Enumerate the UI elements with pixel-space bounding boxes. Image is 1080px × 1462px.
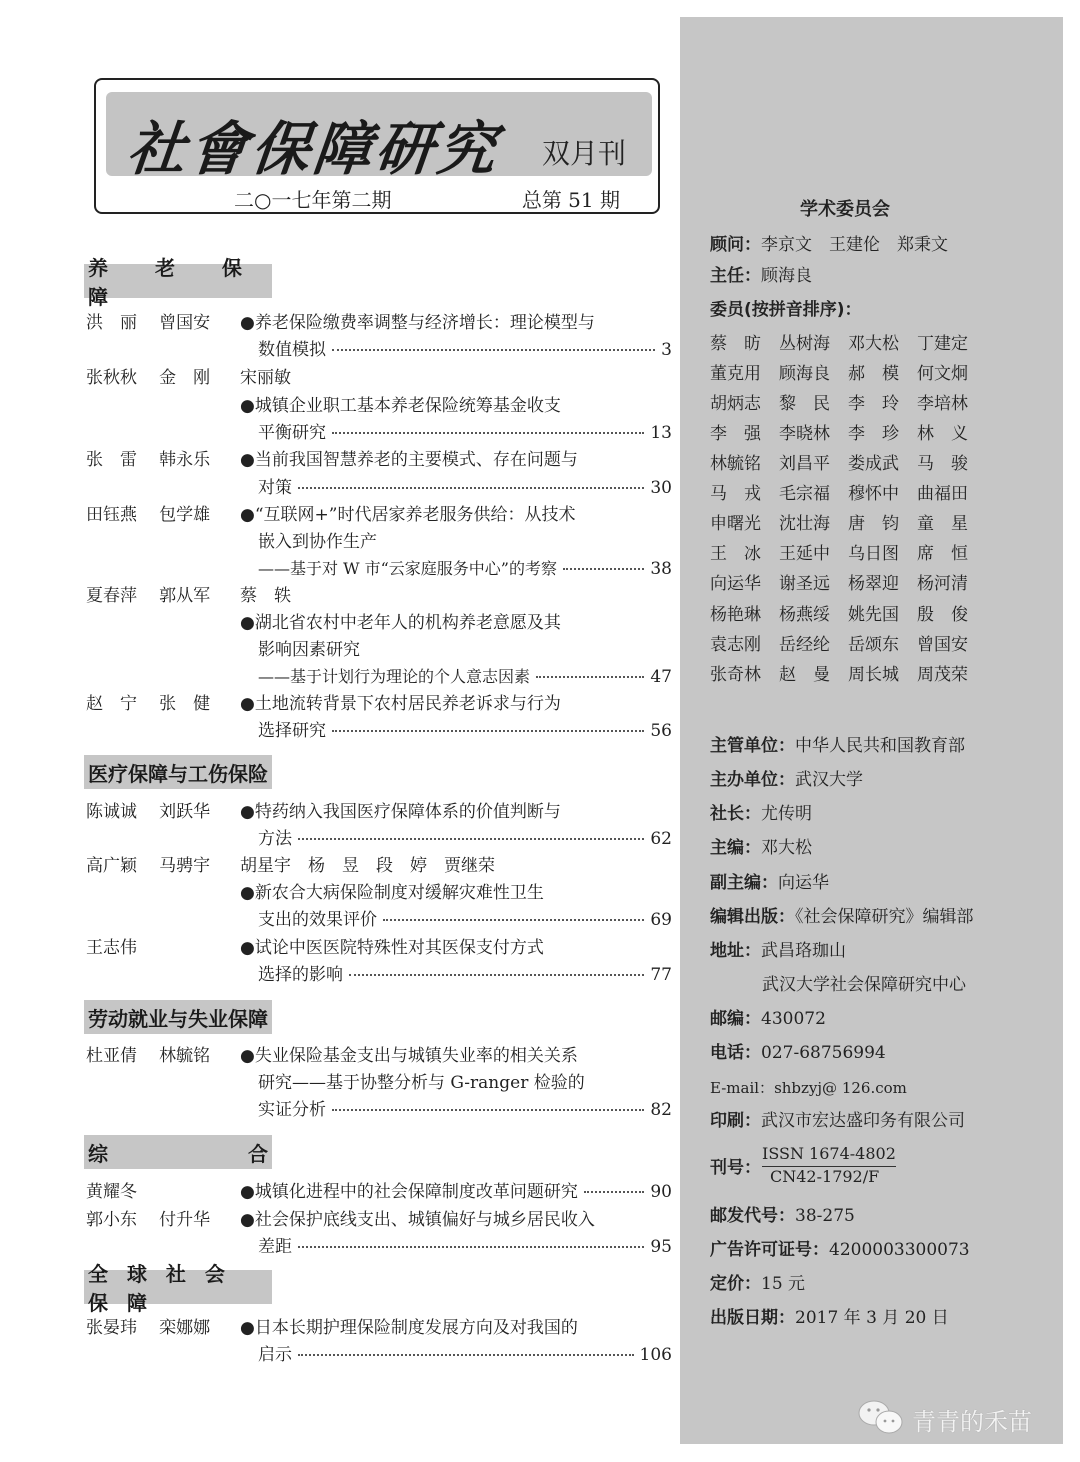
members-row: 林毓铭刘昌平娄成武马 骏 — [710, 453, 986, 475]
wechat-watermark: 青青的禾苗 — [856, 1397, 1032, 1441]
members-row: 申曙光沈壮海唐 钧童 星 — [710, 513, 986, 535]
page-number: 82 — [650, 1100, 672, 1120]
members-row: 马 戎毛宗福穆怀中曲福田 — [710, 483, 986, 505]
article-title[interactable]: ●特药纳入我国医疗保障体系的价值判断与 — [240, 802, 561, 822]
info-price: 定价：15 元 — [710, 1273, 805, 1295]
section-heading-text: 养 老 保 障 — [88, 252, 268, 310]
members-row: 张奇林赵 曼周长城周茂荣 — [710, 664, 986, 686]
info-president: 社长：尤传明 — [710, 803, 812, 825]
info-deputy-editor: 副主编：向运华 — [710, 872, 829, 894]
article-title[interactable]: ●“互联网+”时代居家养老服务供给：从技术 — [240, 505, 575, 525]
article-authors: 郭小东 付升华 — [86, 1210, 236, 1230]
info-postcode: 邮编：430072 — [710, 1008, 826, 1030]
dot-leader — [298, 1354, 634, 1356]
serial-label: 刊号： — [710, 1157, 761, 1179]
masthead-band: 社會保障研究 双月刊 — [106, 92, 652, 176]
article-authors: 洪 丽 曾国安 — [86, 313, 236, 333]
article-authors: 夏春萍 郭从军 — [86, 586, 236, 606]
members-row: 胡炳志黎 民李 玲李培林 — [710, 393, 986, 415]
article-title[interactable]: ●失业保险基金支出与城镇失业率的相关关系 — [240, 1046, 578, 1066]
info-phone: 电话：027-68756994 — [710, 1042, 886, 1064]
article-title-leader[interactable]: 对策 30 — [258, 478, 672, 498]
article-title-leader[interactable]: 支出的效果评价 69 — [258, 910, 672, 930]
article-title[interactable]: ●土地流转背景下农村居民养老诉求与行为 — [240, 694, 561, 714]
info-email: E-mail：shbzyj@ 126.com — [710, 1077, 907, 1099]
section-heading-text: 劳动就业与失业保障 — [88, 1003, 268, 1032]
section-heading-left: 综 — [88, 1138, 108, 1167]
committee-members-label: 委员(按拼音排序)： — [710, 299, 862, 321]
info-postal-code: 邮发代号：38-275 — [710, 1205, 855, 1227]
watermark-text: 青青的禾苗 — [912, 1402, 1032, 1437]
committee-advisors: 顾问：李京文 王建伦 郑秉文 — [710, 234, 948, 256]
article-title-leader[interactable]: 数值模拟 3 — [258, 340, 672, 360]
article-title-leader[interactable]: 实证分析 82 — [258, 1100, 672, 1120]
page-number: 38 — [650, 559, 672, 579]
article-title-leader[interactable]: 平衡研究 13 — [258, 423, 672, 443]
page-number: 56 — [650, 721, 672, 741]
info-address: 地址：武昌珞珈山 — [710, 940, 846, 962]
article-authors: 王志伟 — [86, 938, 236, 958]
article-title[interactable]: ●城镇企业职工基本养老保险统筹基金收支 — [240, 396, 561, 416]
info-panel: 学术委员会 顾问：李京文 王建伦 郑秉文 主任：顾海良 委员(按拼音排序)： 蔡… — [680, 17, 1063, 1444]
page-number: 77 — [650, 965, 672, 985]
dot-leader — [332, 730, 644, 732]
info-address-line2: 武汉大学社会保障研究中心 — [762, 974, 966, 996]
dot-leader — [536, 676, 644, 678]
page-number: 47 — [650, 667, 672, 687]
section-heading-global: 全 球 社 会 保 障 — [84, 1270, 272, 1304]
page-number: 3 — [661, 340, 672, 360]
section-heading-general: 综 合 — [84, 1135, 272, 1169]
info-supervisor: 主管单位：中华人民共和国教育部 — [710, 735, 965, 757]
article-title[interactable]: ●试论中医医院特殊性对其医保支付方式 — [240, 938, 544, 958]
dot-leader — [298, 487, 644, 489]
article-title-leader[interactable]: 选择研究 56 — [258, 721, 672, 741]
article-authors: 杜亚倩 林毓铭 — [86, 1046, 236, 1066]
info-pub-date: 出版日期：2017 年 3 月 20 日 — [710, 1307, 949, 1329]
info-publisher: 编辑出版：《社会保障研究》编辑部 — [710, 906, 974, 928]
page-number: 13 — [650, 423, 672, 443]
dot-leader — [332, 1109, 644, 1111]
members-row: 向运华谢圣远杨翠迎杨河清 — [710, 573, 986, 595]
article-title[interactable]: ●湖北省农村中老年人的机构养老意愿及其 — [240, 613, 561, 633]
article-authors: 张晏玮 栾娜娜 — [86, 1318, 236, 1338]
article-authors: 田钰燕 包学雄 — [86, 505, 236, 525]
article-subtitle-leader[interactable]: ——基于计划行为理论的个人意志因素 47 — [258, 667, 672, 687]
page-number: 30 — [650, 478, 672, 498]
article-authors: 张秋秋 金 刚 — [86, 368, 236, 388]
article-author-extra: 蔡 轶 — [240, 586, 291, 606]
article-title[interactable]: ●社会保护底线支出、城镇偏好与城乡居民收入 — [240, 1210, 595, 1230]
members-row: 李 强李晓林李 珍林 义 — [710, 423, 986, 445]
info-ad-license: 广告许可证号：4200003300073 — [710, 1239, 970, 1261]
article-title[interactable]: ●养老保险缴费率调整与经济增长：理论模型与 — [240, 313, 595, 333]
article-subtitle-leader[interactable]: ——基于对 W 市“云家庭服务中心”的考察 38 — [258, 559, 672, 579]
article-title-leader[interactable]: 启示 106 — [258, 1345, 672, 1365]
total-issue-label: 总第 51 期 — [522, 184, 620, 213]
article-author-extra: 宋丽敏 — [240, 368, 291, 388]
article-authors: 高广颖 马骋宇 — [86, 856, 236, 876]
issn: ISSN 1674-4802 — [762, 1144, 896, 1167]
article-authors: 张 雷 韩永乐 — [86, 450, 236, 470]
article-authors: 黄耀冬 — [86, 1182, 236, 1202]
page-number: 62 — [650, 829, 672, 849]
dot-leader — [563, 568, 644, 570]
section-heading-text: 医疗保障与工伤保险 — [88, 758, 268, 787]
article-title-leader[interactable]: ●城镇化进程中的社会保障制度改革问题研究 90 — [240, 1182, 672, 1202]
dot-leader — [298, 1246, 644, 1248]
article-author-extra: 胡星宇 杨 昱 段 婷 贾继荣 — [240, 856, 495, 876]
dot-leader — [584, 1191, 645, 1193]
page-number: 69 — [650, 910, 672, 930]
serial-numbers: ISSN 1674-4802 CN42-1792/F — [762, 1144, 896, 1187]
article-authors: 赵 宁 张 健 — [86, 694, 236, 714]
committee-title: 学术委员会 — [800, 195, 890, 221]
section-heading-pension: 养 老 保 障 — [84, 264, 272, 298]
members-row: 王 冰王延中乌日图席 恒 — [710, 543, 986, 565]
dot-leader — [298, 838, 644, 840]
info-sponsor: 主办单位：武汉大学 — [710, 769, 863, 791]
article-title[interactable]: ●当前我国智慧养老的主要模式、存在问题与 — [240, 450, 578, 470]
issue-label: 二○一七年第二期 — [234, 184, 391, 213]
members-row: 董克用顾海良郝 模何文炯 — [710, 363, 986, 385]
dot-leader — [332, 432, 644, 434]
members-row: 蔡 昉丛树海邓大松丁建定 — [710, 333, 986, 355]
members-row: 杨艳琳杨燕绥姚先国殷 俊 — [710, 604, 986, 626]
dot-leader — [349, 974, 644, 976]
dot-leader — [332, 349, 655, 351]
cn-number: CN42-1792/F — [762, 1167, 896, 1187]
wechat-icon — [856, 1397, 906, 1441]
section-heading-medical: 医疗保障与工伤保险 — [84, 755, 272, 789]
dot-leader — [383, 919, 644, 921]
page-number: 106 — [640, 1345, 672, 1365]
committee-director: 主任：顾海良 — [710, 265, 812, 287]
page-number: 90 — [650, 1182, 672, 1202]
section-heading-employment: 劳动就业与失业保障 — [84, 1000, 272, 1034]
article-title-leader[interactable]: 选择的影响 77 — [258, 965, 672, 985]
section-heading-text: 全 球 社 会 保 障 — [88, 1258, 268, 1316]
section-heading-right: 合 — [248, 1138, 268, 1167]
members-row: 袁志刚岳经纶岳颂东曾国安 — [710, 634, 986, 656]
page-number: 95 — [650, 1237, 672, 1257]
masthead: 社會保障研究 双月刊 二○一七年第二期 总第 51 期 — [94, 78, 660, 214]
info-editor-in-chief: 主编：邓大松 — [710, 837, 812, 859]
article-authors: 陈诚诚 刘跃华 — [86, 802, 236, 822]
article-title[interactable]: ●日本长期护理保险制度发展方向及对我国的 — [240, 1318, 578, 1338]
info-printer: 印刷：武汉市宏达盛印务有限公司 — [710, 1110, 965, 1132]
journal-title: 社會保障研究 — [124, 102, 505, 186]
article-title-leader[interactable]: 方法 62 — [258, 829, 672, 849]
article-title-leader[interactable]: 差距 95 — [258, 1237, 672, 1257]
article-title[interactable]: ●新农合大病保险制度对缓解灾难性卫生 — [240, 883, 544, 903]
journal-frequency: 双月刊 — [542, 132, 626, 172]
